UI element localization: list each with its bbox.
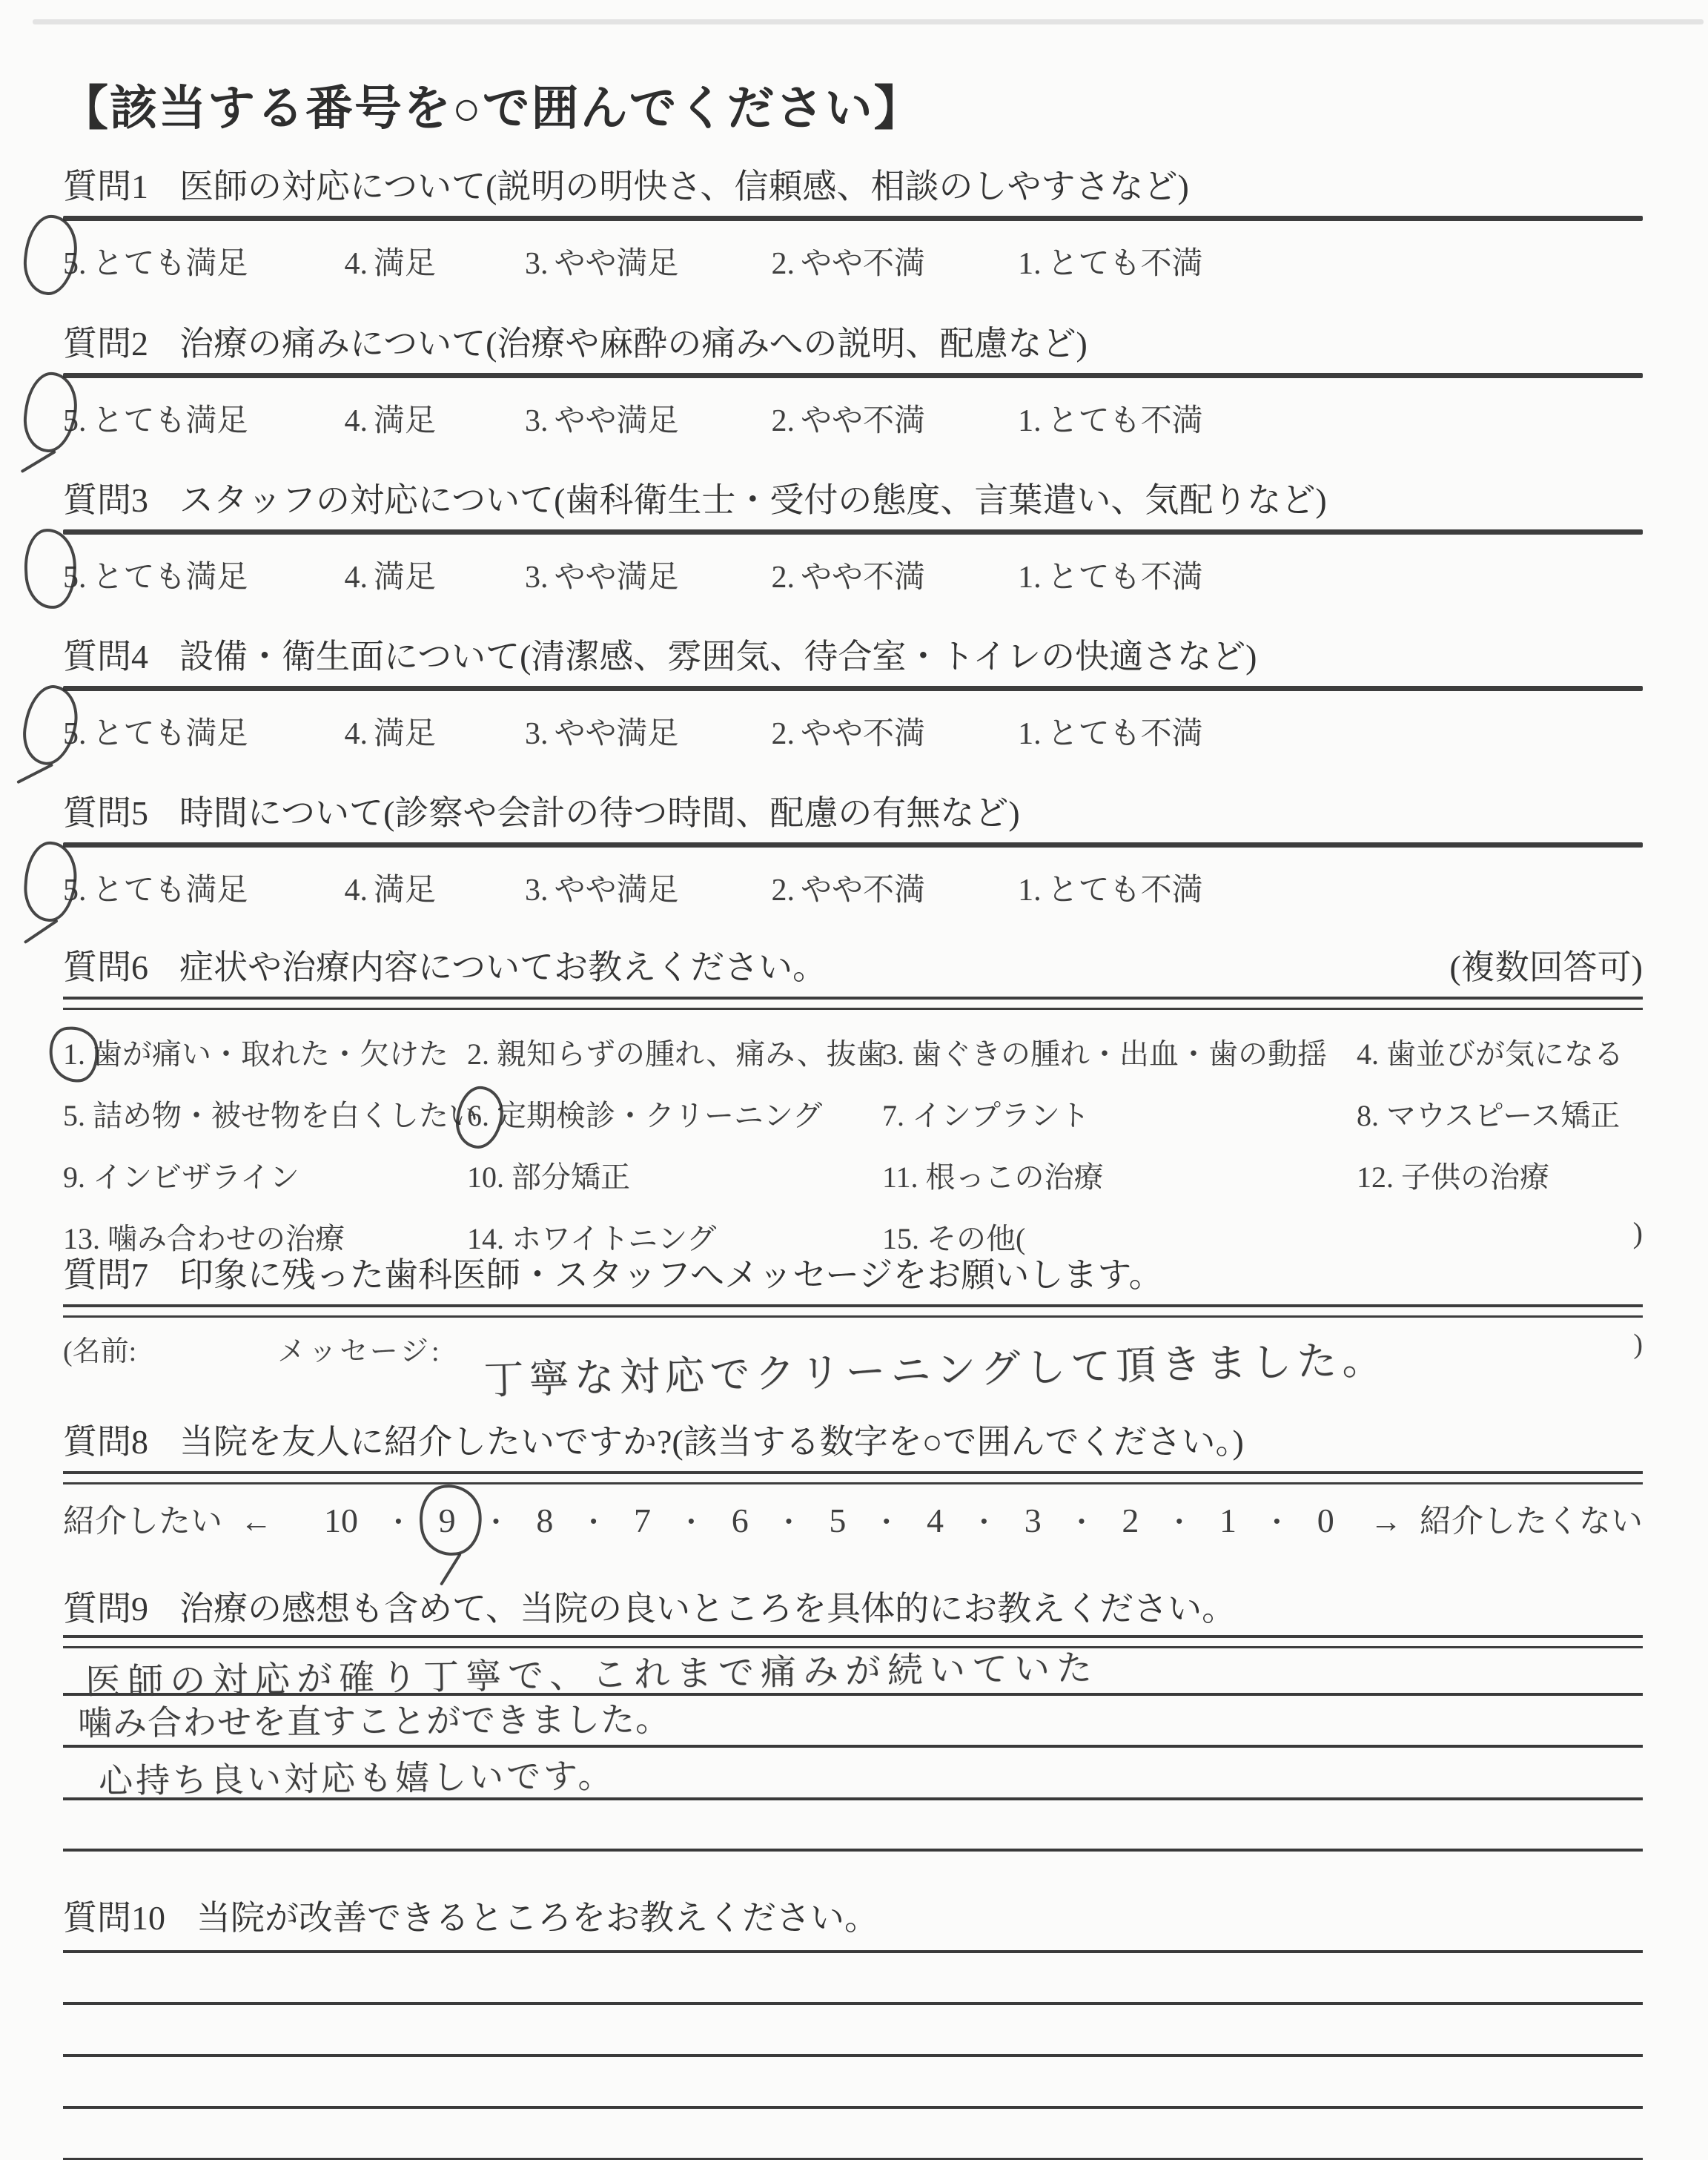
name-label: (名前: — [63, 1328, 136, 1369]
item-number: 7. — [882, 1099, 904, 1132]
option-label: 満足 — [374, 873, 436, 908]
question-number: 質問4 — [63, 630, 148, 678]
scale-dot: ・ — [384, 1499, 412, 1540]
selected-rating-5: 5. — [63, 873, 93, 908]
rating-option-3: 3.やや満足 — [525, 552, 679, 597]
question-number: 質問5 — [63, 786, 148, 835]
q6-item-3: 3.歯ぐきの腫れ・出血・歯の動揺 — [882, 1031, 1357, 1073]
option-label: 満足 — [374, 404, 436, 438]
q6-item-5: 5.詰め物・被せ物を白くしたい — [63, 1092, 467, 1135]
selected-scale-9: 9 — [439, 1501, 456, 1540]
question-title: 治療の痛みについて(治療や麻酔の痛みへの説明、配慮など) — [179, 317, 1088, 366]
question-number: 質問6 — [63, 940, 148, 989]
question-8-section: 質問8 当院を友人に紹介したいですか?(該当する数字を○で囲んでください。) 紹… — [63, 1415, 1643, 1542]
question-7-section: 質問7 印象に残った歯科医師・スタッフへメッセージをお願いします。 (名前: メ… — [63, 1248, 1643, 1385]
q6-item-11: 11.根っこの治療 — [882, 1154, 1357, 1196]
item-label: インビザライン — [93, 1160, 299, 1194]
q6-item-6: 6. 定期検診・クリーニング — [467, 1092, 882, 1135]
option-label: 満足 — [374, 561, 436, 595]
option-label: やや不満 — [801, 717, 925, 751]
q6-item-2: 2.親知らずの腫れ、痛み、抜歯 — [467, 1031, 882, 1073]
option-label: やや不満 — [801, 561, 925, 595]
item-label: 歯ぐきの腫れ・出血・歯の動揺 — [912, 1037, 1327, 1071]
option-number: 2. — [772, 404, 795, 438]
rating-option-4: 4.満足 — [345, 865, 437, 910]
rating-option-5: 5. とても満足 — [63, 396, 248, 440]
question-10-section: 質問10 当院が改善できるところをお教えください。 — [63, 1891, 1643, 2160]
question-header: 質問3 スタッフの対応について(歯科衛生士・受付の態度、言葉遣い、気配りなど) — [63, 473, 1643, 522]
scale-number-9: 9 — [439, 1502, 456, 1539]
question-2-section: 質問2 治療の痛みについて(治療や麻酔の痛みへの説明、配慮など) 5. とても満… — [63, 317, 1643, 440]
header-rule — [63, 216, 1643, 221]
scale-dot: ・ — [1067, 1499, 1096, 1540]
q6-item-4: 4.歯並びが気になる — [1357, 1031, 1643, 1073]
answer-line — [63, 2109, 1643, 2160]
option-label: とても満足 — [93, 873, 248, 908]
right-arrow-icon: → — [1370, 1504, 1402, 1540]
item-number: 11. — [882, 1160, 918, 1194]
item-number: 8. — [1357, 1099, 1379, 1132]
question-title: 医師の対応について(説明の明快さ、信頼感、相談のしやすさなど) — [179, 159, 1189, 208]
page-top-rule — [33, 19, 1704, 24]
option-label: とても不満 — [1047, 247, 1203, 281]
question-number: 質問10 — [63, 1891, 165, 1940]
rating-option-3: 3.やや満足 — [525, 709, 679, 753]
scale-dot: ・ — [580, 1499, 608, 1540]
handwriting-text: 噛み合わせを直すことができました。 — [78, 1692, 670, 1745]
handwriting-text: 丁寧な対応でクリーニングして頂きました。 — [483, 1328, 1387, 1406]
option-label: やや満足 — [555, 717, 679, 751]
rating-option-1: 1.とても不満 — [1018, 396, 1203, 440]
item-number: 12. — [1357, 1160, 1394, 1194]
scale-dot: ・ — [873, 1499, 901, 1540]
message-answer-row: (名前: メッセージ: 丁寧な対応でクリーニングして頂きました。 ) — [63, 1328, 1643, 1385]
option-number: 2. — [772, 561, 795, 595]
selected-rating-5: 5. — [63, 716, 93, 752]
header-rule — [63, 1471, 1643, 1484]
rating-option-5: 5. とても満足 — [63, 709, 248, 753]
question-6-section: 質問6 症状や治療内容についてお教えください。 (複数回答可) 1. 歯が痛い・… — [63, 940, 1643, 1258]
option-number: 2. — [772, 247, 795, 281]
question-header: 質問7 印象に残った歯科医師・スタッフへメッセージをお願いします。 — [63, 1248, 1643, 1297]
item-label: 歯並びが気になる — [1386, 1037, 1623, 1071]
option-label: 満足 — [374, 717, 436, 751]
item-number: 6. — [467, 1099, 489, 1132]
item-label: 根っこの治療 — [926, 1160, 1104, 1194]
option-label: やや満足 — [555, 873, 679, 908]
question-9-section: 質問9 治療の感想も含めて、当院の良いところを具体的にお教えください。 医師の対… — [63, 1582, 1643, 1852]
question-number: 質問3 — [63, 473, 148, 522]
selected-rating-5: 5. — [63, 560, 93, 595]
question-title: 当院を友人に紹介したいですか?(該当する数字を○で囲んでください。) — [179, 1415, 1244, 1464]
option-number: 4. — [345, 717, 368, 751]
answer-line — [63, 1800, 1643, 1852]
option-number: 3. — [525, 717, 549, 751]
left-arrow-icon: ← — [240, 1504, 272, 1540]
option-label: とても満足 — [93, 247, 248, 281]
question-title: スタッフの対応について(歯科衛生士・受付の態度、言葉遣い、気配りなど) — [179, 473, 1327, 522]
question-1-section: 質問1 医師の対応について(説明の明快さ、信頼感、相談のしやすさなど) 5. と… — [63, 159, 1643, 283]
item-number: 5. — [63, 1099, 85, 1132]
header-rule — [63, 529, 1643, 535]
option-label: とても満足 — [93, 404, 248, 438]
option-number: 1. — [1018, 717, 1042, 751]
rating-option-4: 4.満足 — [345, 552, 437, 597]
question-title: 症状や治療内容についてお教えください。 — [179, 940, 827, 989]
rating-option-2: 2.やや不満 — [772, 396, 926, 440]
item-label: マウスピース矯正 — [1386, 1099, 1620, 1132]
header-rule — [63, 686, 1643, 691]
option-label: 満足 — [374, 247, 436, 281]
scale-number-1: 1 — [1219, 1501, 1237, 1540]
question-number: 質問9 — [63, 1582, 148, 1631]
scale-number-7: 7 — [634, 1501, 651, 1540]
item-label: 定期検診・クリーニング — [497, 1099, 822, 1132]
question-number: 質問8 — [63, 1415, 148, 1464]
question-5-section: 質問5 時間について(診察や会計の待つ時間、配慮の有無など) 5. とても満足 … — [63, 786, 1643, 910]
selected-rating-5: 5. — [63, 246, 93, 282]
option-number: 1. — [1018, 404, 1042, 438]
selected-symptom-6: 6. — [467, 1098, 497, 1133]
option-number: 1. — [1018, 561, 1042, 595]
rating-option-4: 4.満足 — [345, 239, 437, 283]
option-number: 1. — [1018, 247, 1042, 281]
q6-item-9: 9.インビザライン — [63, 1154, 467, 1196]
rating-option-4: 4.満足 — [345, 396, 437, 440]
scale-dot: ・ — [970, 1499, 998, 1540]
option-label: とても不満 — [1047, 717, 1203, 751]
scale-number-5: 5 — [829, 1501, 846, 1540]
rating-option-1: 1.とても不満 — [1018, 865, 1203, 910]
answer-line: 医師の対応が確り丁寧で、これまで痛みが続いていた — [63, 1648, 1643, 1696]
rating-options-row: 5. とても満足 4.満足 3.やや満足 2.やや不満 1.とても不満 — [63, 865, 1643, 910]
option-label: やや不満 — [801, 873, 925, 908]
question-title: 治療の感想も含めて、当院の良いところを具体的にお教えください。 — [179, 1582, 1236, 1631]
scanned-survey-form: 【該当する番号を○で囲んでください】 質問1 医師の対応について(説明の明快さ、… — [0, 0, 1708, 2160]
q6-item-1: 1. 歯が痛い・取れた・欠けた — [63, 1031, 467, 1073]
option-label: やや満足 — [555, 404, 679, 438]
q6-item-10: 10.部分矯正 — [467, 1154, 882, 1196]
option-number: 5. — [63, 873, 87, 908]
rating-options-row: 5. とても満足 4.満足 3.やや満足 2.やや不満 1.とても不満 — [63, 709, 1643, 753]
symptom-options-grid: 1. 歯が痛い・取れた・欠けた 2.親知らずの腫れ、痛み、抜歯 3.歯ぐきの腫れ… — [63, 1031, 1643, 1258]
rating-option-5: 5. とても満足 — [63, 865, 248, 910]
item-number: 2. — [467, 1037, 489, 1071]
option-number: 5. — [63, 561, 87, 595]
question-3-section: 質問3 スタッフの対応について(歯科衛生士・受付の態度、言葉遣い、気配りなど) … — [63, 473, 1643, 597]
option-label: とても満足 — [93, 561, 248, 595]
option-label: とても不満 — [1047, 404, 1203, 438]
question-4-section: 質問4 設備・衛生面について(清潔感、雰囲気、待合室・トイレの快適さなど) 5.… — [63, 630, 1643, 753]
rating-option-4: 4.満足 — [345, 709, 437, 753]
option-label: やや不満 — [801, 404, 925, 438]
message-label: メッセージ: — [277, 1328, 442, 1369]
question-title: 印象に残った歯科医師・スタッフへメッセージをお願いします。 — [179, 1248, 1163, 1297]
page-title: 【該当する番号を○で囲んでください】 — [61, 70, 923, 139]
question-header: 質問4 設備・衛生面について(清潔感、雰囲気、待合室・トイレの快適さなど) — [63, 630, 1643, 678]
question-header: 質問2 治療の痛みについて(治療や麻酔の痛みへの説明、配慮など) — [63, 317, 1643, 366]
option-label: とても不満 — [1047, 561, 1203, 595]
scale-number-6: 6 — [732, 1501, 749, 1540]
question-header: 質問8 当院を友人に紹介したいですか?(該当する数字を○で囲んでください。) — [63, 1415, 1643, 1464]
scale-number-2: 2 — [1122, 1501, 1139, 1540]
rating-options-row: 5. とても満足 4.満足 3.やや満足 2.やや不満 1.とても不満 — [63, 239, 1643, 283]
scale-left-label: 紹介したい — [63, 1496, 222, 1542]
scale-dot: ・ — [1262, 1499, 1291, 1540]
option-number: 2. — [772, 717, 795, 751]
rating-options-row: 5. とても満足 4.満足 3.やや満足 2.やや不満 1.とても不満 — [63, 396, 1643, 440]
item-label: 親知らずの腫れ、痛み、抜歯 — [497, 1037, 886, 1071]
item-number: 4. — [1357, 1037, 1379, 1071]
option-number: 5. — [63, 717, 87, 751]
rating-option-3: 3.やや満足 — [525, 239, 679, 283]
item-number: 1. — [63, 1037, 85, 1071]
option-number: 4. — [345, 873, 368, 908]
question-header: 質問10 当院が改善できるところをお教えください。 — [63, 1891, 1643, 1940]
header-rule — [63, 373, 1643, 378]
option-number: 4. — [345, 404, 368, 438]
q6-item-8: 8.マウスピース矯正 — [1357, 1092, 1643, 1135]
option-number: 4. — [345, 247, 368, 281]
question-title: 時間について(診察や会計の待つ時間、配慮の有無など) — [179, 786, 1020, 835]
answer-line: 噛み合わせを直すことができました。 — [63, 1696, 1643, 1748]
option-number: 3. — [525, 873, 549, 908]
option-number: 3. — [525, 247, 549, 281]
rating-option-5: 5. とても満足 — [63, 552, 248, 597]
question-header: 質問1 医師の対応について(説明の明快さ、信頼感、相談のしやすさなど) — [63, 159, 1643, 208]
scale-number-0: 0 — [1317, 1501, 1334, 1540]
multiple-answers-note: (複数回答可) — [1449, 940, 1643, 989]
option-label: とても満足 — [93, 717, 248, 751]
selected-symptom-1: 1. — [63, 1037, 93, 1071]
scale-number-4: 4 — [927, 1501, 944, 1540]
header-rule — [63, 1304, 1643, 1318]
option-number: 1. — [1018, 873, 1042, 908]
option-number: 5. — [63, 404, 87, 438]
rating-option-2: 2.やや不満 — [772, 865, 926, 910]
rating-option-3: 3.やや満足 — [525, 865, 679, 910]
option-label: やや満足 — [555, 247, 679, 281]
option-number: 3. — [525, 404, 549, 438]
scale-dot: ・ — [775, 1499, 803, 1540]
scale-numbers: 10 ・ 9 ・ 8 ・ 7 ・ 6 ・ 5 ・ 4 ・ 3 ・ 2 — [324, 1499, 1334, 1540]
answer-line — [63, 2005, 1643, 2057]
question-title: 設備・衛生面について(清潔感、雰囲気、待合室・トイレの快適さなど) — [179, 630, 1257, 678]
question-title: 当院が改善できるところをお教えください。 — [196, 1891, 878, 1940]
option-label: やや満足 — [555, 561, 679, 595]
handwriting-text: 心持ち良い対応も嬉しいです。 — [99, 1748, 615, 1803]
question-header: 質問5 時間について(診察や会計の待つ時間、配慮の有無など) — [63, 786, 1643, 835]
item-label: 部分矯正 — [512, 1160, 630, 1194]
scale-number-8: 8 — [536, 1501, 553, 1540]
item-label: インプラント — [912, 1099, 1090, 1132]
rating-option-1: 1.とても不満 — [1018, 552, 1203, 597]
scale-number-10: 10 — [324, 1501, 358, 1540]
item-label: 子供の治療 — [1401, 1160, 1549, 1194]
rating-option-2: 2.やや不満 — [772, 239, 926, 283]
answer-line — [63, 2057, 1643, 2109]
option-number: 2. — [772, 873, 795, 908]
scale-dot: ・ — [677, 1499, 705, 1540]
scale-dot: ・ — [482, 1499, 510, 1540]
question-number: 質問1 — [63, 159, 148, 208]
question-number: 質問7 — [63, 1248, 148, 1297]
q6-item-7: 7.インプラント — [882, 1092, 1357, 1135]
rating-option-2: 2.やや不満 — [772, 709, 926, 753]
close-paren: ) — [1633, 1328, 1643, 1361]
item-number: 10. — [467, 1160, 504, 1194]
nps-scale-row: 紹介したい ← 10 ・ 9 ・ 8 ・ 7 ・ 6 ・ 5 ・ 4 ・ — [63, 1496, 1643, 1542]
option-number: 5. — [63, 247, 87, 281]
item-number: 3. — [882, 1037, 904, 1071]
rating-option-1: 1.とても不満 — [1018, 709, 1203, 753]
question-header: 質問9 治療の感想も含めて、当院の良いところを具体的にお教えください。 — [63, 1582, 1643, 1631]
q6-item-12: 12.子供の治療 — [1357, 1154, 1643, 1196]
option-number: 3. — [525, 561, 549, 595]
question-header: 質問6 症状や治療内容についてお教えください。 (複数回答可) — [63, 940, 1643, 989]
option-label: やや不満 — [801, 247, 925, 281]
rating-option-2: 2.やや不満 — [772, 552, 926, 597]
rating-option-5: 5. とても満足 — [63, 239, 248, 283]
item-number: 9. — [63, 1160, 85, 1194]
scale-right-label: 紹介したくない — [1420, 1496, 1643, 1542]
header-rule — [63, 842, 1643, 848]
answer-line — [63, 1953, 1643, 2005]
item-label: 詰め物・被せ物を白くしたい — [93, 1099, 478, 1132]
option-label: とても不満 — [1047, 873, 1203, 908]
rating-options-row: 5. とても満足 4.満足 3.やや満足 2.やや不満 1.とても不満 — [63, 552, 1643, 597]
rating-option-1: 1.とても不満 — [1018, 239, 1203, 283]
option-number: 4. — [345, 561, 368, 595]
selected-rating-5: 5. — [63, 403, 93, 439]
answer-line — [63, 1940, 1643, 1953]
scale-number-3: 3 — [1025, 1501, 1042, 1540]
message-answer: 丁寧な対応でクリーニングして頂きました。 — [483, 1328, 1634, 1385]
rating-option-3: 3.やや満足 — [525, 396, 679, 440]
item-label: 歯が痛い・取れた・欠けた — [93, 1037, 448, 1071]
question-number: 質問2 — [63, 317, 148, 366]
scale-dot: ・ — [1165, 1499, 1194, 1540]
answer-line: 心持ち良い対応も嬉しいです。 — [63, 1748, 1643, 1800]
header-rule — [63, 997, 1643, 1010]
